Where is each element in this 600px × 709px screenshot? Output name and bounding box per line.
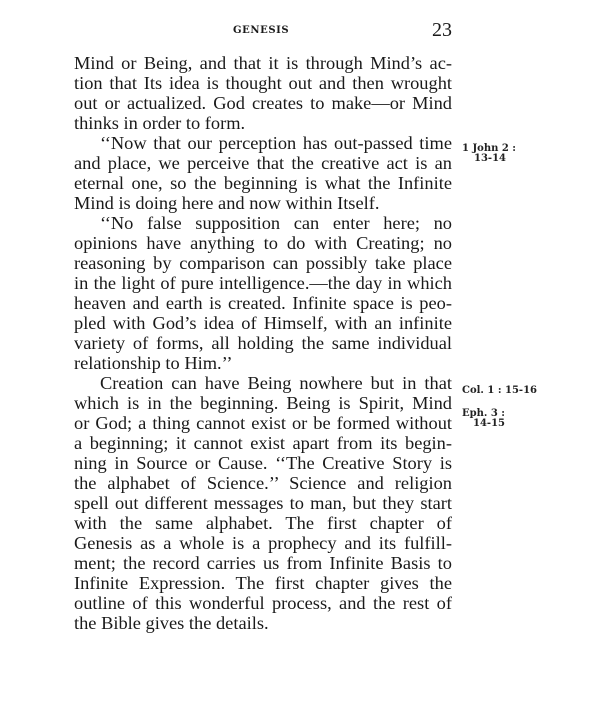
running-title: GENESIS xyxy=(233,25,289,36)
margin-note-ref: Col. 1 : 15-16 xyxy=(462,385,537,396)
margin-note-verses: 14-15 xyxy=(462,419,505,429)
body-text: Mind or Being, and that it is through Mi… xyxy=(74,53,452,633)
running-head: GENESIS 23 xyxy=(74,20,452,42)
text-line: pled with God’s idea of Himself, with an… xyxy=(74,313,452,333)
text-line: Mind or Being, and that it is through Mi… xyxy=(74,53,452,73)
text-line: in the light of pure intelligence.—the d… xyxy=(74,273,452,293)
text-line: relationship to Him.’’ xyxy=(74,353,452,373)
page-number: 23 xyxy=(432,20,452,40)
text-line: ‘‘Now that our perception has out-passed… xyxy=(74,133,452,153)
text-line: ment; the record carries us from Infinit… xyxy=(74,553,452,573)
text-line: reasoning by comparison can possibly tak… xyxy=(74,253,452,273)
text-line: Infinite Expression. The first chapter g… xyxy=(74,573,452,593)
text-line: heaven and earth is created. Infinite sp… xyxy=(74,293,452,313)
margin-note-verses: 13-14 xyxy=(462,154,516,164)
text-line: Creation can have Being nowhere but in t… xyxy=(74,373,452,393)
text-line: and place, we perceive that the creative… xyxy=(74,153,452,173)
text-line: thinks in order to form. xyxy=(74,113,452,133)
text-line: the alphabet of Science.’’ Science and r… xyxy=(74,473,452,493)
text-line: which is in the beginning. Being is Spir… xyxy=(74,393,452,413)
margin-note-1-john: 1 John 2 : 13-14 xyxy=(462,144,516,164)
text-line: variety of forms, all holding the same i… xyxy=(74,333,452,353)
text-line: outline of this wonderful process, and t… xyxy=(74,593,452,613)
text-line: or God; a thing cannot exist or be forme… xyxy=(74,413,452,433)
text-line: spell out different messages to man, but… xyxy=(74,493,452,513)
margin-note-colossians: Col. 1 : 15-16 xyxy=(462,386,537,396)
text-line: with the same alphabet. The first chapte… xyxy=(74,513,452,533)
margin-note-ephesians: Eph. 3 : 14-15 xyxy=(462,409,505,429)
text-line: ning in Source or Cause. ‘‘The Creative … xyxy=(74,453,452,473)
text-line: Mind is doing here and now within Itself… xyxy=(74,193,452,213)
text-line: a beginning; it cannot exist apart from … xyxy=(74,433,452,453)
text-line: out or actualized. God creates to make—o… xyxy=(74,93,452,113)
text-line: eternal one, so the beginning is what th… xyxy=(74,173,452,193)
text-line: opinions have anything to do with Creati… xyxy=(74,233,452,253)
text-line: the Bible gives the details. xyxy=(74,613,452,633)
text-line: Genesis as a whole is a prophecy and its… xyxy=(74,533,452,553)
text-line: tion that Its idea is thought out and th… xyxy=(74,73,452,93)
text-line: ‘‘No false supposition can enter here; n… xyxy=(74,213,452,233)
